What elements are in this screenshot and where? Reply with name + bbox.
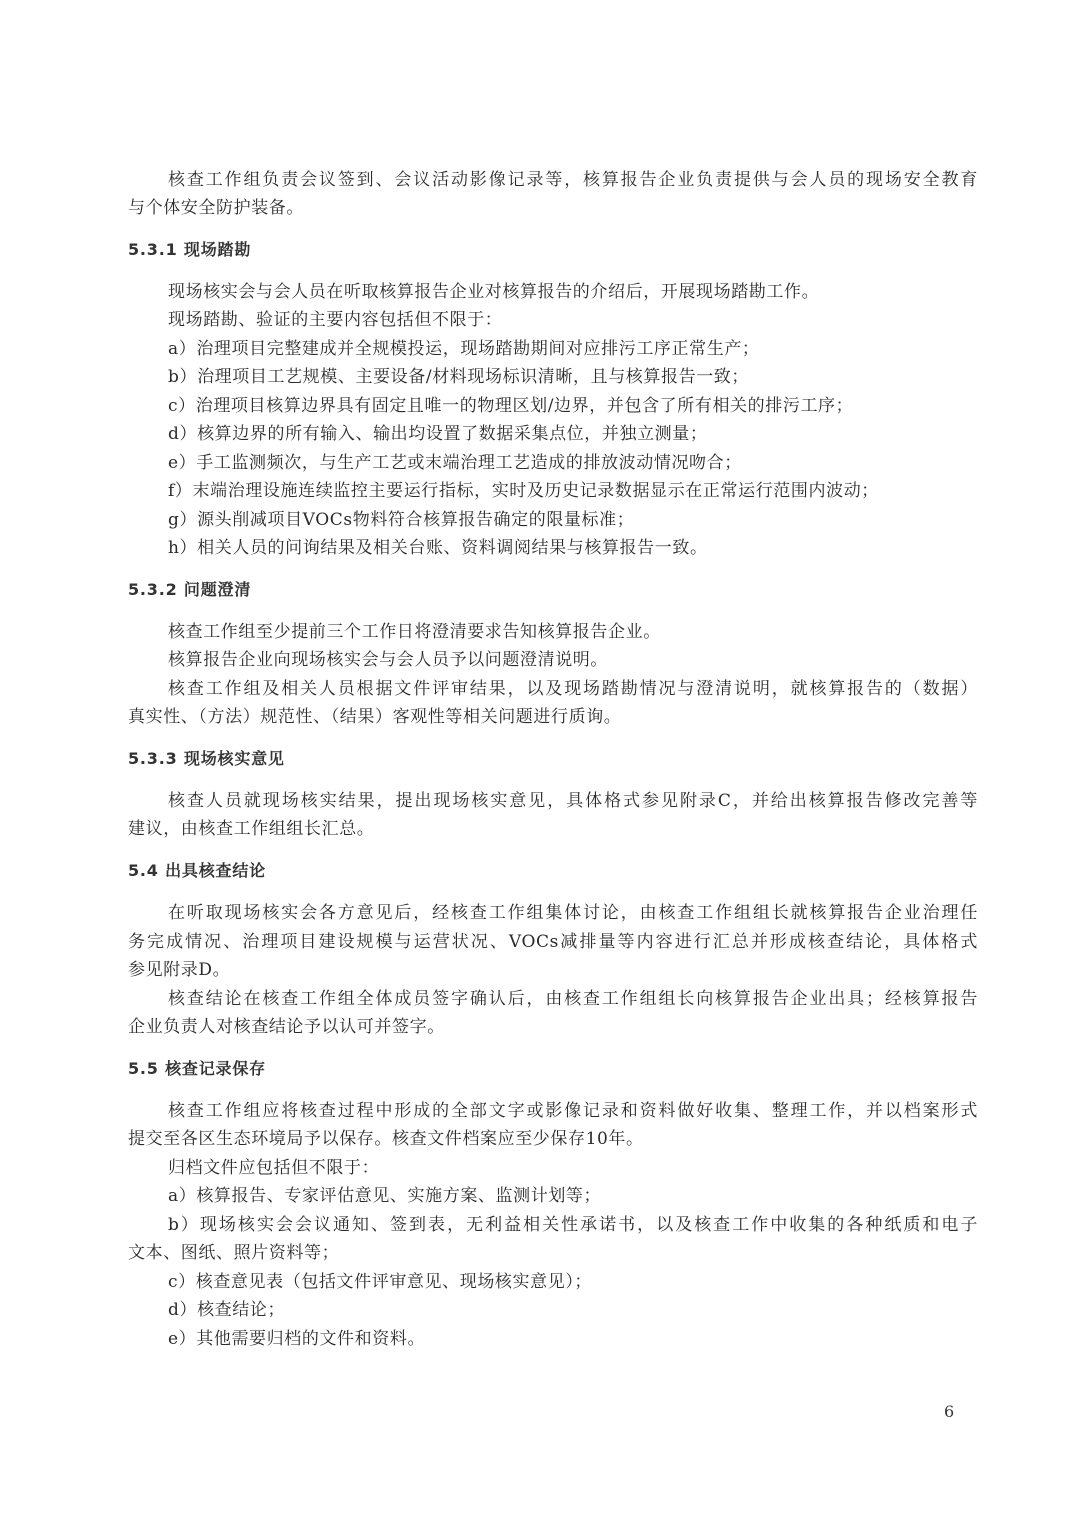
paragraph-line: a）治理项目完整建成并全规模投运，现场踏勘期间对应排污工序正常生产；: [168, 338, 760, 360]
paragraph-line: 真实性、（方法）规范性、（结果）客观性等相关问题进行质询。: [128, 706, 621, 728]
paragraph-line: 参见附录D。: [128, 959, 230, 981]
page-number: 6: [944, 1402, 954, 1421]
paragraph-line: 提交至各区生态环境局予以保存。核查文件档案应至少保存10年。: [128, 1128, 644, 1150]
paragraph-line: 文本、图纸、照片资料等；: [128, 1242, 339, 1264]
paragraph-line: 归档文件应包括但不限于：: [168, 1157, 379, 1179]
paragraph-line: 核算报告企业向现场核实会与会人员予以问题澄清说明。: [168, 649, 608, 671]
paragraph-line: c）治理项目核算边界具有固定且唯一的物理区划/边界，并包含了所有相关的排污工序；: [168, 395, 853, 417]
paragraph-line: 企业负责人对核查结论予以认可并签字。: [128, 1016, 445, 1038]
paragraph-line: g）源头削减项目VOCs物料符合核算报告确定的限量标准；: [168, 509, 634, 531]
paragraph-line: 核查工作组及相关人员根据文件评审结果，以及现场踏勘情况与澄清说明，就核算报告的（…: [168, 678, 978, 700]
section-heading: 5.3.2 问题澄清: [128, 579, 251, 601]
paragraph-line: 务完成情况、治理项目建设规模与运营状况、VOCs减排量等内容进行汇总并形成核查结…: [128, 931, 978, 953]
section-heading: 5.3.3 现场核实意见: [128, 748, 285, 770]
paragraph-line: e）其他需要归档的文件和资料。: [168, 1328, 425, 1350]
paragraph-line: a）核算报告、专家评估意见、实施方案、监测计划等；: [168, 1185, 601, 1207]
section-heading: 5.5 核查记录保存: [128, 1058, 266, 1080]
paragraph-line: 核查工作组至少提前三个工作日将澄清要求告知核算报告企业。: [168, 621, 661, 643]
paragraph-line: 在听取现场核实会各方意见后，经核查工作组集体讨论，由核查工作组组长就核算报告企业…: [168, 902, 978, 924]
paragraph-line: d）核查结论；: [168, 1299, 285, 1321]
section-heading: 5.3.1 现场踏勘: [128, 239, 251, 261]
paragraph-line: b）现场核实会会议通知、签到表，无利益相关性承诺书，以及核查工作中收集的各种纸质…: [168, 1214, 978, 1236]
paragraph-line: e）手工监测频次，与生产工艺或末端治理工艺造成的排放波动情况吻合；: [168, 452, 742, 474]
section-heading: 5.4 出具核查结论: [128, 860, 266, 882]
paragraph-line: 建议，由核查工作组组长汇总。: [128, 818, 374, 840]
paragraph-line: 核查工作组负责会议签到、会议活动影像记录等，核算报告企业负责提供与会人员的现场安…: [168, 169, 978, 191]
paragraph-line: 现场踏勘、验证的主要内容包括但不限于：: [168, 309, 502, 331]
paragraph-line: d）核算边界的所有输入、输出均设置了数据采集点位，并独立测量；: [168, 423, 707, 445]
paragraph-line: c）核查意见表（包括文件评审意见、现场核实意见）；: [168, 1271, 592, 1293]
paragraph-line: f）末端治理设施连续监控主要运行指标，实时及历史记录数据显示在正常运行范围内波动…: [168, 480, 879, 502]
paragraph-line: 与个体安全防护装备。: [128, 197, 304, 219]
paragraph-line: 现场核实会与会人员在听取核算报告企业对核算报告的介绍后，开展现场踏勘工作。: [168, 281, 819, 303]
paragraph-line: 核查人员就现场核实结果，提出现场核实意见，具体格式参见附录C，并给出核算报告修改…: [168, 790, 978, 812]
paragraph-line: h）相关人员的问询结果及相关台账、资料调阅结果与核算报告一致。: [168, 537, 708, 559]
paragraph-line: b）治理项目工艺规模、主要设备/材料现场标识清晰，且与核算报告一致；: [168, 366, 749, 388]
paragraph-line: 核查工作组应将核查过程中形成的全部文字或影像记录和资料做好收集、整理工作，并以档…: [168, 1100, 978, 1122]
paragraph-line: 核查结论在核查工作组全体成员签字确认后，由核查工作组组长向核算报告企业出具；经核…: [168, 988, 978, 1010]
